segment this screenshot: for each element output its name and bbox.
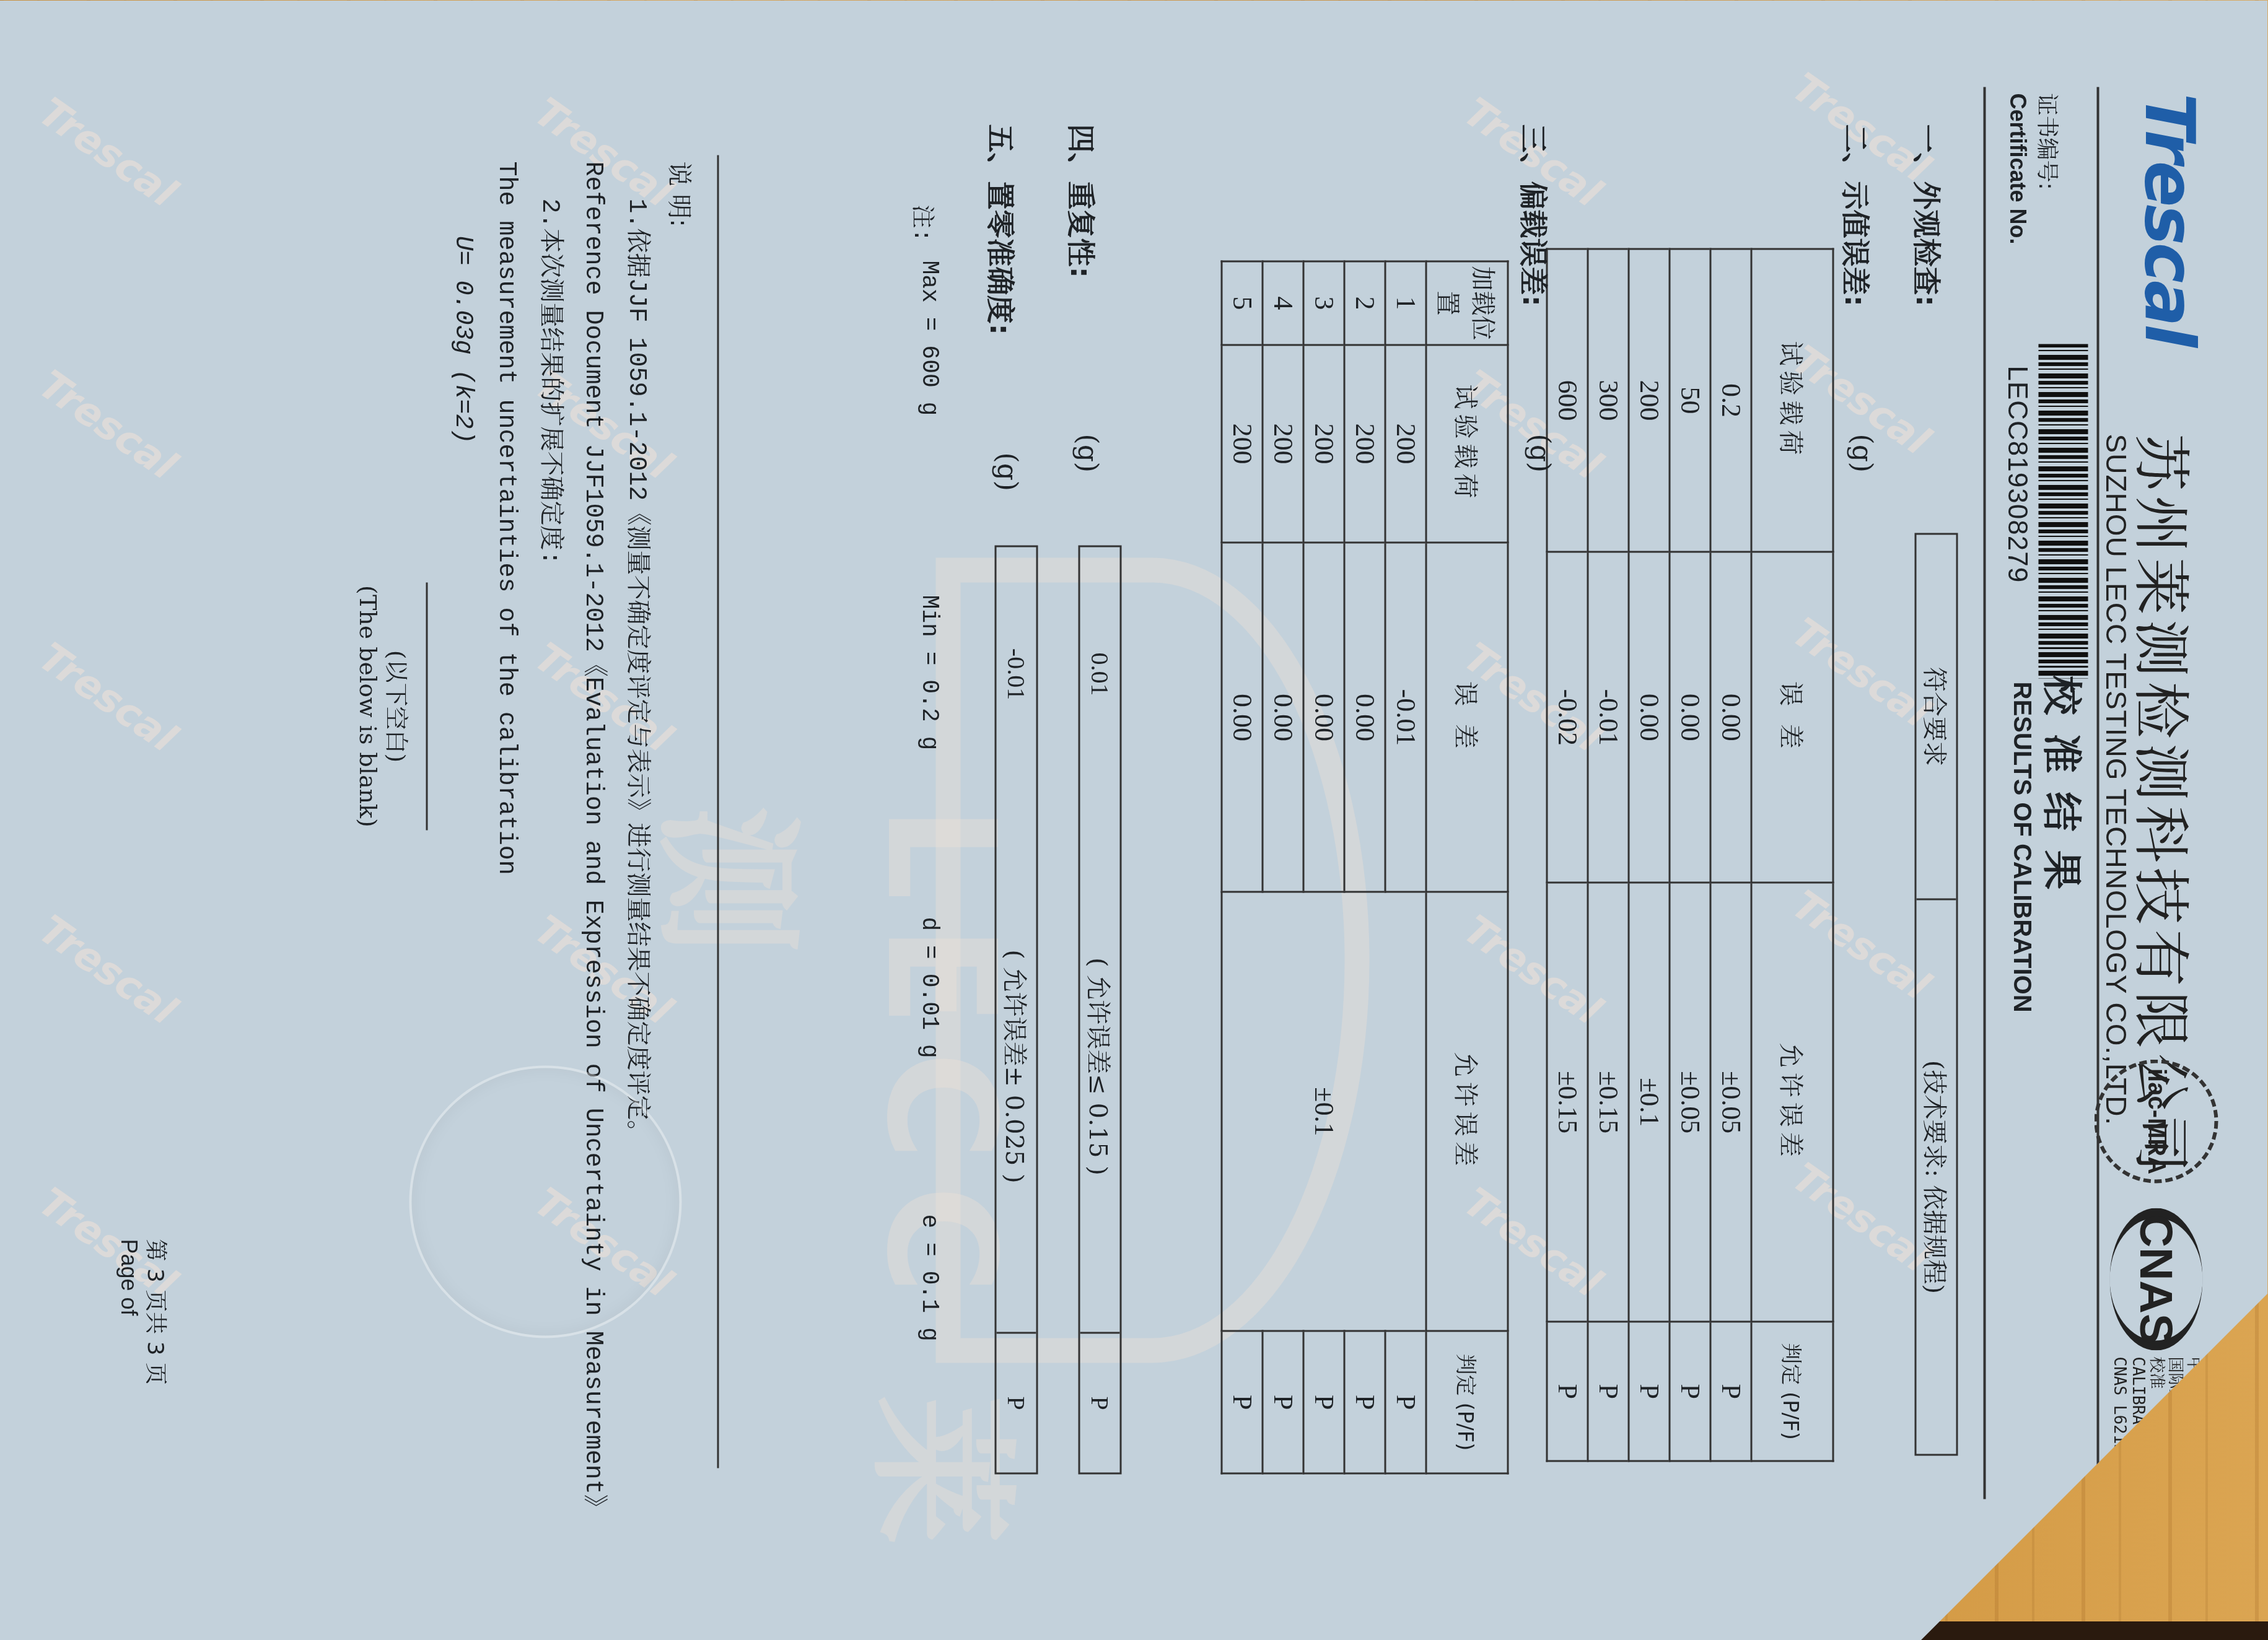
certificate-number: LECC819308279: [2002, 366, 2033, 583]
section2-unit: (g): [1846, 434, 1878, 473]
watermark-trescal: Trescal: [30, 907, 185, 1034]
zero-setting-value: -0.01: [1002, 547, 1031, 801]
header-rule-bottom: [1984, 87, 1986, 1499]
zero-setting-limit: ( 允许误差± 0.025 ): [997, 801, 1036, 1334]
repeatability-verdict: P: [1085, 1334, 1114, 1473]
results-title-cn: 校准结果: [2036, 676, 2093, 909]
explanation-line2-cn: 2.本次测量结果的扩展不确定度:: [527, 162, 571, 1524]
company-name-en: SUZHOU LECC TESTING TECHNOLOGY CO.,LTD.: [2099, 434, 2133, 1126]
section4-unit: (g): [1072, 434, 1103, 473]
table-row: 300 -0.01 ±0.15 P: [1588, 249, 1629, 1461]
results-title-en: RESULTS OF CALIBRATION: [2008, 682, 2036, 1013]
table-header-row: 加载位置 试验载荷 误 差 允许误差 判定 (P/F): [1426, 261, 1508, 1473]
repeatability-limit: ( 允许误差≤ 0.15 ): [1080, 801, 1120, 1334]
note-prefix: 注:: [908, 205, 942, 243]
certificate-label: 证书编号: Certificate No.: [2003, 94, 2060, 245]
appearance-result-box: 符合要求 (技术要求: 依据规程): [1915, 533, 1958, 1456]
zero-setting-box: -0.01 ( 允许误差± 0.025 ) P: [995, 546, 1038, 1475]
section4-title: 四、重复性:: [1062, 124, 1103, 278]
appearance-result: 符合要求: [1917, 535, 1956, 901]
eccentric-load-table: 加载位置 试验载荷 误 差 允许误差 判定 (P/F) 1 200 -0.01 …: [1221, 261, 1509, 1475]
spec-e: e = 0.1 g: [916, 1215, 942, 1341]
eccentric-mpe: ±0.1: [1222, 892, 1426, 1331]
table-row: 200 0.00 ±0.1 P: [1629, 249, 1670, 1461]
explanation-line2-en: The measurement uncertainties of the cal…: [484, 162, 527, 1524]
page-number: 第 3 页共 3 页 Page of: [116, 1239, 168, 1385]
explanation-rule: [717, 155, 719, 1468]
watermark-trescal: Trescal: [30, 89, 185, 217]
barcode-icon: [2039, 344, 2088, 679]
explanation-title: 说 明:: [657, 162, 701, 1524]
calibration-certificate-page: Trescal Trescal Trescal Trescal Trescal …: [0, 1, 2268, 1640]
explanation-line1-cn: 1.依据JJF 1059.1-2012《测量不确定度评定与表示》进行测量结果不确…: [614, 162, 657, 1524]
table-row: 600 -0.02 ±0.15 P: [1547, 249, 1588, 1461]
table-row: 0.2 0.00 ±0.05 P: [1710, 249, 1751, 1461]
indication-error-table: 试验载荷 误 差 允许误差 判定 (P/F) 0.2 0.00 ±0.05 P …: [1546, 248, 1834, 1462]
table-row: 50 0.00 ±0.05 P: [1670, 249, 1710, 1461]
repeatability-box: 0.01 ( 允许误差≤ 0.15 ) P: [1079, 546, 1122, 1475]
trescal-logo: Trescal: [2130, 94, 2209, 345]
section5-title: 五、置零准确度:: [982, 124, 1023, 335]
blank-note: (以下空白) (The below is blank): [354, 558, 416, 855]
section3-unit: (g): [1524, 434, 1556, 473]
blank-rule: [426, 583, 428, 831]
appearance-requirement: (技术要求: 依据规程): [1919, 901, 1954, 1454]
repeatability-value: 0.01: [1085, 547, 1114, 801]
section5-unit: (g): [991, 453, 1023, 492]
expanded-uncertainty: U= 0.03g (k=2): [440, 162, 484, 1524]
explanation-line1-en: Reference Document JJF1059.1-2012《Evalua…: [571, 162, 614, 1524]
table-header-row: 试验载荷 误 差 允许误差 判定 (P/F): [1751, 249, 1833, 1461]
section3-title: 三、偏载误差:: [1515, 124, 1556, 307]
table-row: 1 200 -0.01 ±0.1 P: [1385, 261, 1426, 1473]
spec-max: Max = 600 g: [916, 261, 942, 416]
ilac-mra-icon: ilac-MRA: [2095, 1060, 2218, 1184]
spec-min: Min = 0.2 g: [916, 595, 942, 751]
header-rule-top: [2097, 87, 2099, 1481]
section2-title: 二、示值误差:: [1837, 124, 1878, 307]
spec-d: d = 0.01 g: [916, 917, 942, 1058]
watermark-trescal: Trescal: [30, 634, 185, 762]
zero-setting-verdict: P: [1002, 1334, 1031, 1473]
explanation-block: 说 明: 1.依据JJF 1059.1-2012《测量不确定度评定与表示》进行测…: [440, 162, 701, 1524]
watermark-trescal: Trescal: [30, 362, 185, 489]
section1-title: 一、外观检查:: [1908, 124, 1949, 307]
cnas-icon: CNAS: [2110, 1208, 2203, 1351]
